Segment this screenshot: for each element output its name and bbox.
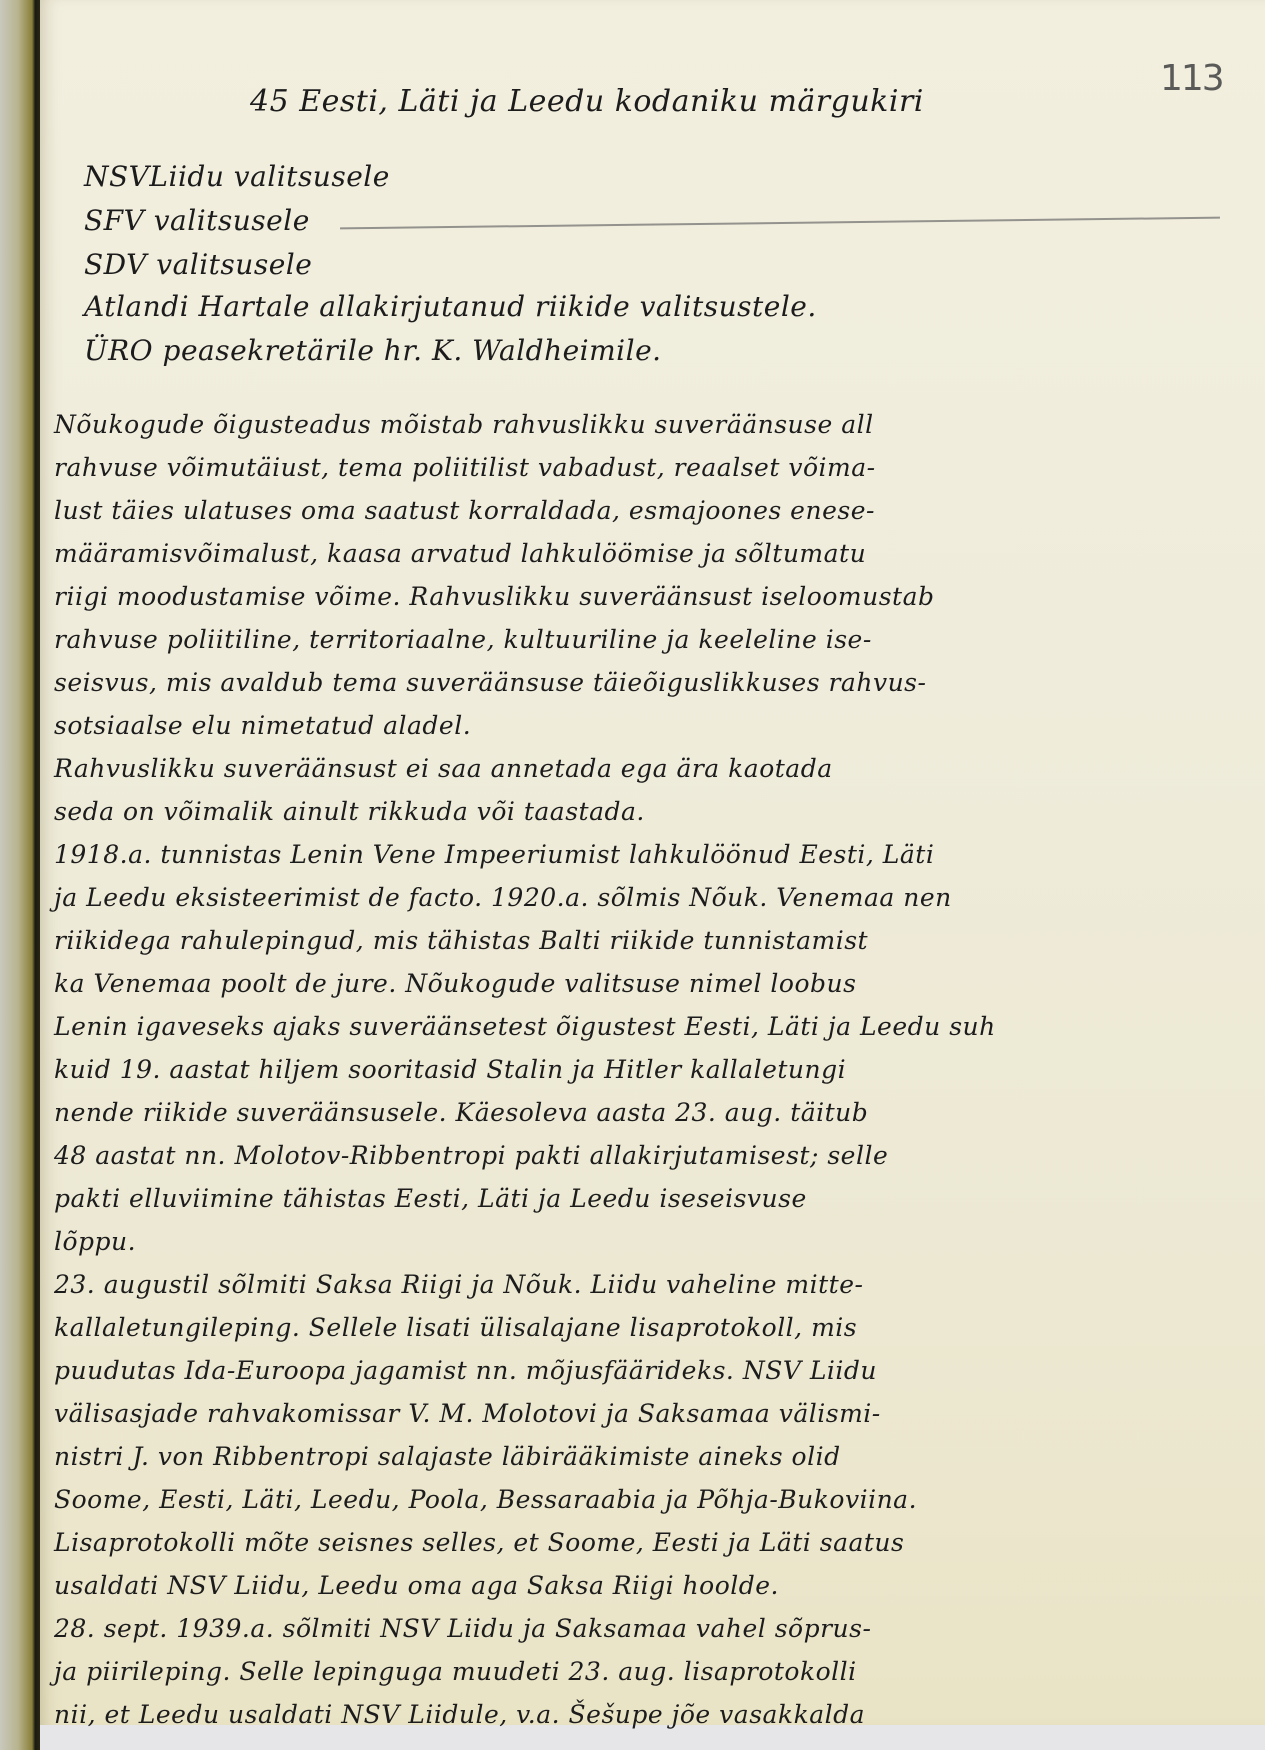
addressee-line: SFV valitsusele	[84, 204, 310, 237]
body-line: sotsiaalse elu nimetatud aladel.	[54, 711, 471, 740]
body-line: Soome, Eesti, Läti, Leedu, Poola, Bessar…	[54, 1485, 917, 1514]
body-line: 23. augustil sõlmiti Saksa Riigi ja Nõuk…	[54, 1270, 863, 1299]
body-line: 28. sept. 1939.a. sõlmiti NSV Liidu ja S…	[54, 1614, 871, 1643]
addressee-line: SDV valitsusele	[84, 248, 312, 281]
folio-number: 113	[1160, 58, 1223, 99]
body-line: nistri J. von Ribbentropi salajaste läbi…	[54, 1442, 841, 1471]
body-line: määramisvõimalust, kaasa arvatud lahkulö…	[54, 539, 866, 568]
body-line: kuid 19. aastat hiljem sooritasid Stalin…	[54, 1055, 846, 1084]
body-line: 1918.a. tunnistas Lenin Vene Impeeriumis…	[54, 840, 934, 869]
body-line: puudutas Ida-Euroopa jagamist nn. mõjusf…	[54, 1356, 877, 1385]
body-line: usaldati NSV Liidu, Leedu oma aga Saksa …	[54, 1571, 779, 1600]
body-line: nende riikide suveräänsusele. Käesoleva …	[54, 1098, 868, 1127]
body-line: lõppu.	[54, 1227, 136, 1256]
scanned-document: 113 45 Eesti, Läti ja Leedu kodaniku mär…	[0, 0, 1265, 1750]
body-line: lust täies ulatuses oma saatust korralda…	[54, 496, 875, 525]
body-line: ja Leedu eksisteerimist de facto. 1920.a…	[54, 883, 952, 912]
book-spine	[0, 0, 40, 1750]
body-line: 48 aastat nn. Molotov-Ribbentropi pakti …	[54, 1141, 888, 1170]
body-line: pakti elluviimine tähistas Eesti, Läti j…	[54, 1184, 807, 1213]
body-line: nii, et Leedu usaldati NSV Liidule, v.a.…	[54, 1700, 865, 1729]
body-line: Lenin igaveseks ajaks suveräänsetest õig…	[54, 1012, 996, 1041]
body-line: seisvus, mis avaldub tema suveräänsuse t…	[54, 668, 926, 697]
body-line: seda on võimalik ainult rikkuda või taas…	[54, 797, 645, 826]
body-line: välisasjade rahvakomissar V. M. Molotovi…	[54, 1399, 881, 1428]
body-line: kallaletungileping. Sellele lisati ülisa…	[54, 1313, 857, 1342]
body-line: rahvuse poliitiline, territoriaalne, kul…	[54, 625, 872, 654]
body-line: ja piirileping. Selle lepinguga muudeti …	[54, 1657, 857, 1686]
body-line: Lisaprotokolli mõte seisnes selles, et S…	[54, 1528, 904, 1557]
body-line: riikidega rahulepingud, mis tähistas Bal…	[54, 926, 868, 955]
addressee-line: ÜRO peasekretärile hr. K. Waldheimile.	[84, 334, 662, 367]
body-line: ka Venemaa poolt de jure. Nõukogude vali…	[54, 969, 856, 998]
body-line: Nõukogude õigusteadus mõistab rahvuslikk…	[54, 410, 874, 439]
body-line: riigi moodustamise võime. Rahvuslikku su…	[54, 582, 935, 611]
body-line: Rahvuslikku suveräänsust ei saa annetada…	[54, 754, 833, 783]
addressee-line: NSVLiidu valitsusele	[84, 160, 390, 193]
body-line: rahvuse võimutäiust, tema poliitilist va…	[54, 453, 876, 482]
addressee-line: Atlandi Hartale allakirjutanud riikide v…	[84, 290, 817, 323]
document-title: 45 Eesti, Läti ja Leedu kodaniku märguki…	[250, 84, 924, 119]
